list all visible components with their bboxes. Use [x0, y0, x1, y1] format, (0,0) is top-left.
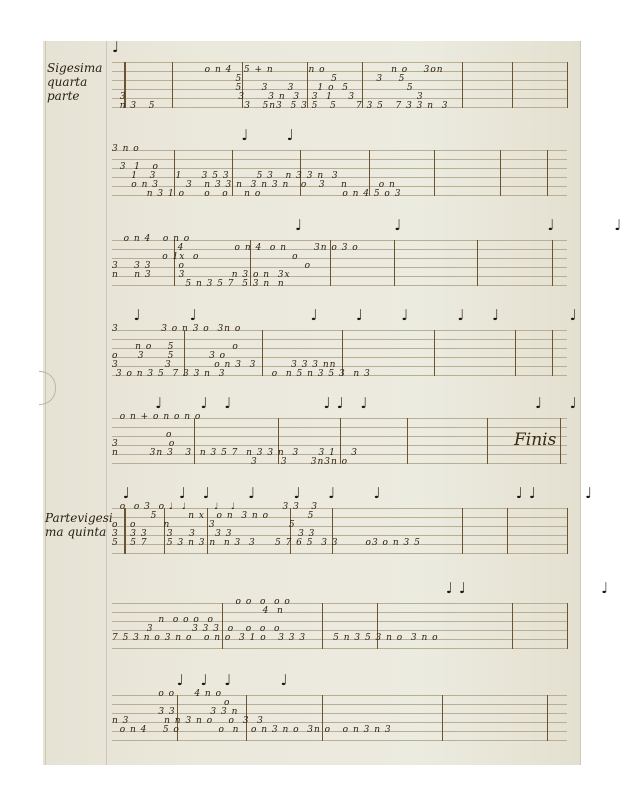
- barline: [560, 418, 561, 464]
- staff-line: [112, 62, 567, 63]
- tablature-system: o n 4 o n o 4 o n 4 o n 3n o 3 o o 1x o …: [112, 240, 567, 290]
- staff-line: [112, 339, 567, 340]
- tablature-course-row: o n + o n o n o: [112, 413, 201, 422]
- barline: [567, 603, 568, 649]
- staff-line: [112, 159, 567, 160]
- rhythm-flags: ♩ ♩ ♩ ♩ ♩ ♩ ♩ ♩: [112, 308, 583, 323]
- tablature-system: o n 4 5 + n n o n o 3on 5 5 3 5 5 3 3 1 …: [112, 62, 567, 112]
- tablature-course-row: 5 5 7 5 3 n 3 n n 3 3 5 7 6 5 3 3 o3 o n…: [112, 539, 421, 548]
- barline: [462, 508, 463, 554]
- staff-line: [112, 740, 567, 741]
- rhythm-flags: ♩ ♩ ♩ ♩ ♩ ♩ ♩ ♩♩ ♩: [112, 486, 598, 501]
- barline: [515, 330, 516, 376]
- tablature-course-row: o n 4 5 o o n o n 3 n o 3n o o n 3 n 3: [112, 726, 392, 735]
- tablature-course-row: n 3 5 3 5n3 5 3 5 5 7 3 5 7 3 3 n 3: [112, 102, 449, 111]
- barline: [547, 150, 548, 196]
- barline: [507, 508, 508, 554]
- rhythm-flags: ♩: [112, 40, 125, 55]
- barline: [552, 240, 553, 286]
- rhythm-flags: ♩♩ ♩: [112, 581, 614, 596]
- tablature-course-row: 3 n o: [112, 145, 140, 154]
- rhythm-flags: ♩ ♩: [112, 128, 300, 143]
- rhythm-flags: ♩ ♩ ♩ ♩: [112, 673, 294, 688]
- rhythm-flags: ♩ ♩ ♩ ♩♩ ♩ ♩ ♩: [112, 396, 583, 411]
- barline: [512, 62, 513, 108]
- tablature-course-row: 3 3 o n 3 o 3n o: [112, 325, 241, 334]
- barline: [500, 150, 501, 196]
- barline: [487, 418, 488, 464]
- piece-title-vigesima-quinta: Partevigesi ma quinta: [45, 511, 113, 539]
- barline: [552, 330, 553, 376]
- barline: [434, 330, 435, 376]
- tablature-course-row: n 3 1 o o o n o o n 4 5 o 3: [112, 190, 401, 199]
- barline: [407, 418, 408, 464]
- tablature-system: 3 n o 3 1 o 1 3 1 3 5 3 5 3 n 3 3 n 3 o …: [112, 150, 567, 200]
- tablature-course-row: 5 n 3 5 7 5 3 n n: [112, 280, 285, 289]
- tablature-course-row: 3 o n 3 5 7 3 3 n 3 o n 5 n 3 5 3 n 3: [112, 370, 371, 379]
- tablature-course-row: 3 3 3n3n o: [112, 458, 348, 467]
- barline: [442, 695, 443, 741]
- tablature-system: o o 3 o ♩ ♩ ♩ ♩ 3 3 3 5 n x o n 3 n o 5o…: [112, 508, 567, 558]
- tablature-system: o o o o o 4 n n o o o o 3 3 3 3 o o o o7…: [112, 603, 567, 653]
- rhythm-flags: ♩ ♩ ♩ ♩♩ ♩: [112, 218, 625, 233]
- barline: [512, 603, 513, 649]
- staff-line: [112, 553, 567, 554]
- barline: [547, 695, 548, 741]
- binding-hole-mark: [39, 371, 56, 405]
- finis-flourish: Finis: [514, 430, 556, 450]
- tablature-system: o n + o n o n o o3 on 3n 3 3 n 3 5 7 n 3…: [112, 418, 567, 468]
- tablature-system: 3 3 o n 3 o 3n o n o 5 oo 3 5 3 o3 3 o n…: [112, 330, 567, 380]
- tablature-system: o o 4 n o o 3 3 3 3 nn 3 n n 3 n o o 3 3…: [112, 695, 567, 745]
- barline: [394, 240, 395, 286]
- staff-line: [112, 150, 567, 151]
- barline: [567, 508, 568, 554]
- margin-rule: [106, 41, 107, 765]
- barline: [567, 62, 568, 108]
- barline: [477, 240, 478, 286]
- barline: [434, 150, 435, 196]
- staff-line: [112, 168, 567, 169]
- piece-title-vigesima-quarta: Sigesima quarta parte: [47, 61, 102, 103]
- staff-line: [112, 648, 567, 649]
- barline: [462, 62, 463, 108]
- tablature-course-row: 7 5 3 n o 3 n o o n o 3 1 o 3 3 3 5 n 3 …: [112, 634, 439, 643]
